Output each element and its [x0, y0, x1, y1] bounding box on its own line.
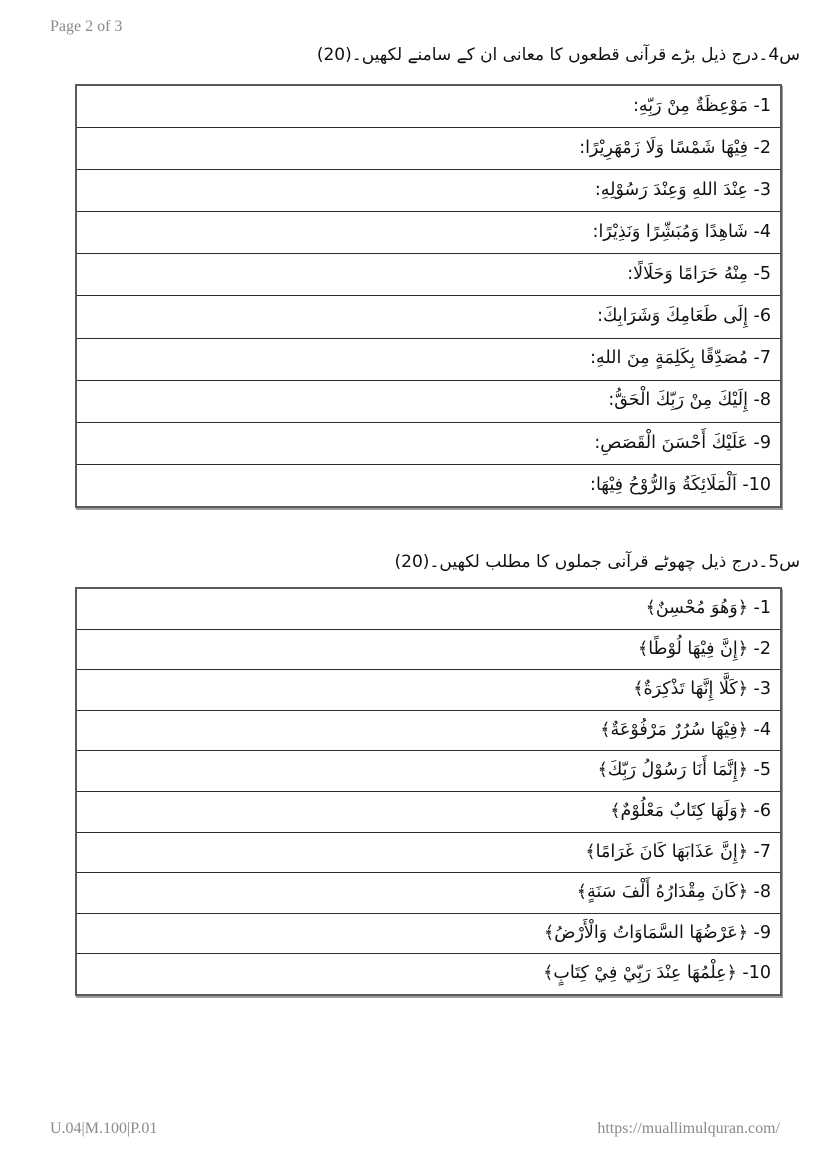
table-row: 9- عَلَيْكَ أَحْسَنَ الْقَصَصِ: — [77, 423, 780, 465]
table-row: 6- إِلَى طَعَامِكَ وَشَرَابِكَ: — [77, 296, 780, 338]
table-row: 8- إِلَيْكَ مِنْ رَبِّكَ الْحَقُّ: — [77, 381, 780, 423]
question5-answer-table: 1- ﴿وَهُوَ مُحْسِنٌ﴾ 2- ﴿إِنَّ فِيْهَا ل… — [75, 587, 782, 996]
table-row: 5- ﴿إِنَّمَا أَنَا رَسُوْلُ رَبِّكَ﴾ — [77, 751, 780, 792]
table-row: 4- شَاهِدًا وَمُبَشِّرًا وَنَذِيْرًا: — [77, 212, 780, 254]
question5-heading: س5۔درج ذیل چھوٹے قرآنی جملوں کا مطلب لکھ… — [395, 551, 801, 572]
table-row: 8- ﴿كَانَ مِقْدَارُهُ أَلْفَ سَنَةٍ﴾ — [77, 873, 780, 914]
table-row: 2- ﴿إِنَّ فِيْهَا لُوْطًا﴾ — [77, 630, 780, 671]
table-row: 6- ﴿وَلَهَا كِتَابٌ مَعْلُوْمٌ﴾ — [77, 792, 780, 833]
table-row: 10- اَلْمَلَائِكَةُ وَالرُّوْحُ فِيْهَا: — [77, 465, 780, 506]
page-indicator: Page 2 of 3 — [50, 18, 122, 36]
table-row: 5- مِنْهُ حَرَامًا وَحَلَالًا: — [77, 254, 780, 296]
table-row: 9- ﴿عَرْضُهَا السَّمَاوَاتُ وَالْأَرْضُ﴾ — [77, 914, 780, 955]
table-row: 7- مُصَدِّقًا بِكَلِمَةٍ مِنَ اللهِ: — [77, 339, 780, 381]
table-row: 3- ﴿كَلَّا إِنَّهَا تَذْكِرَةٌ﴾ — [77, 670, 780, 711]
table-row: 2- فِيْهَا شَمْسًا وَلَا زَمْهَرِيْرًا: — [77, 128, 780, 170]
table-row: 7- ﴿إِنَّ عَذَابَهَا كَانَ غَرَامًا﴾ — [77, 833, 780, 874]
table-row: 1- ﴿وَهُوَ مُحْسِنٌ﴾ — [77, 589, 780, 630]
table-row: 3- عِنْدَ اللهِ وَعِنْدَ رَسُوْلِهِ: — [77, 170, 780, 212]
table-row: 10- ﴿عِلْمُهَا عِنْدَ رَبِّيْ فِيْ كِتَا… — [77, 954, 780, 994]
website-url: https://muallimulquran.com/ — [597, 1120, 780, 1138]
document-code: U.04|M.100|P.01 — [50, 1120, 157, 1138]
question4-answer-table: 1- مَوْعِظَةٌ مِنْ رَبِّهِ: 2- فِيْهَا ش… — [75, 84, 782, 508]
question4-heading: س4۔درج ذیل بڑے قرآنی قطعوں کا معانی ان ک… — [317, 44, 800, 65]
table-row: 1- مَوْعِظَةٌ مِنْ رَبِّهِ: — [77, 86, 780, 128]
table-row: 4- ﴿فِيْهَا سُرُرٌ مَرْفُوْعَةٌ﴾ — [77, 711, 780, 752]
